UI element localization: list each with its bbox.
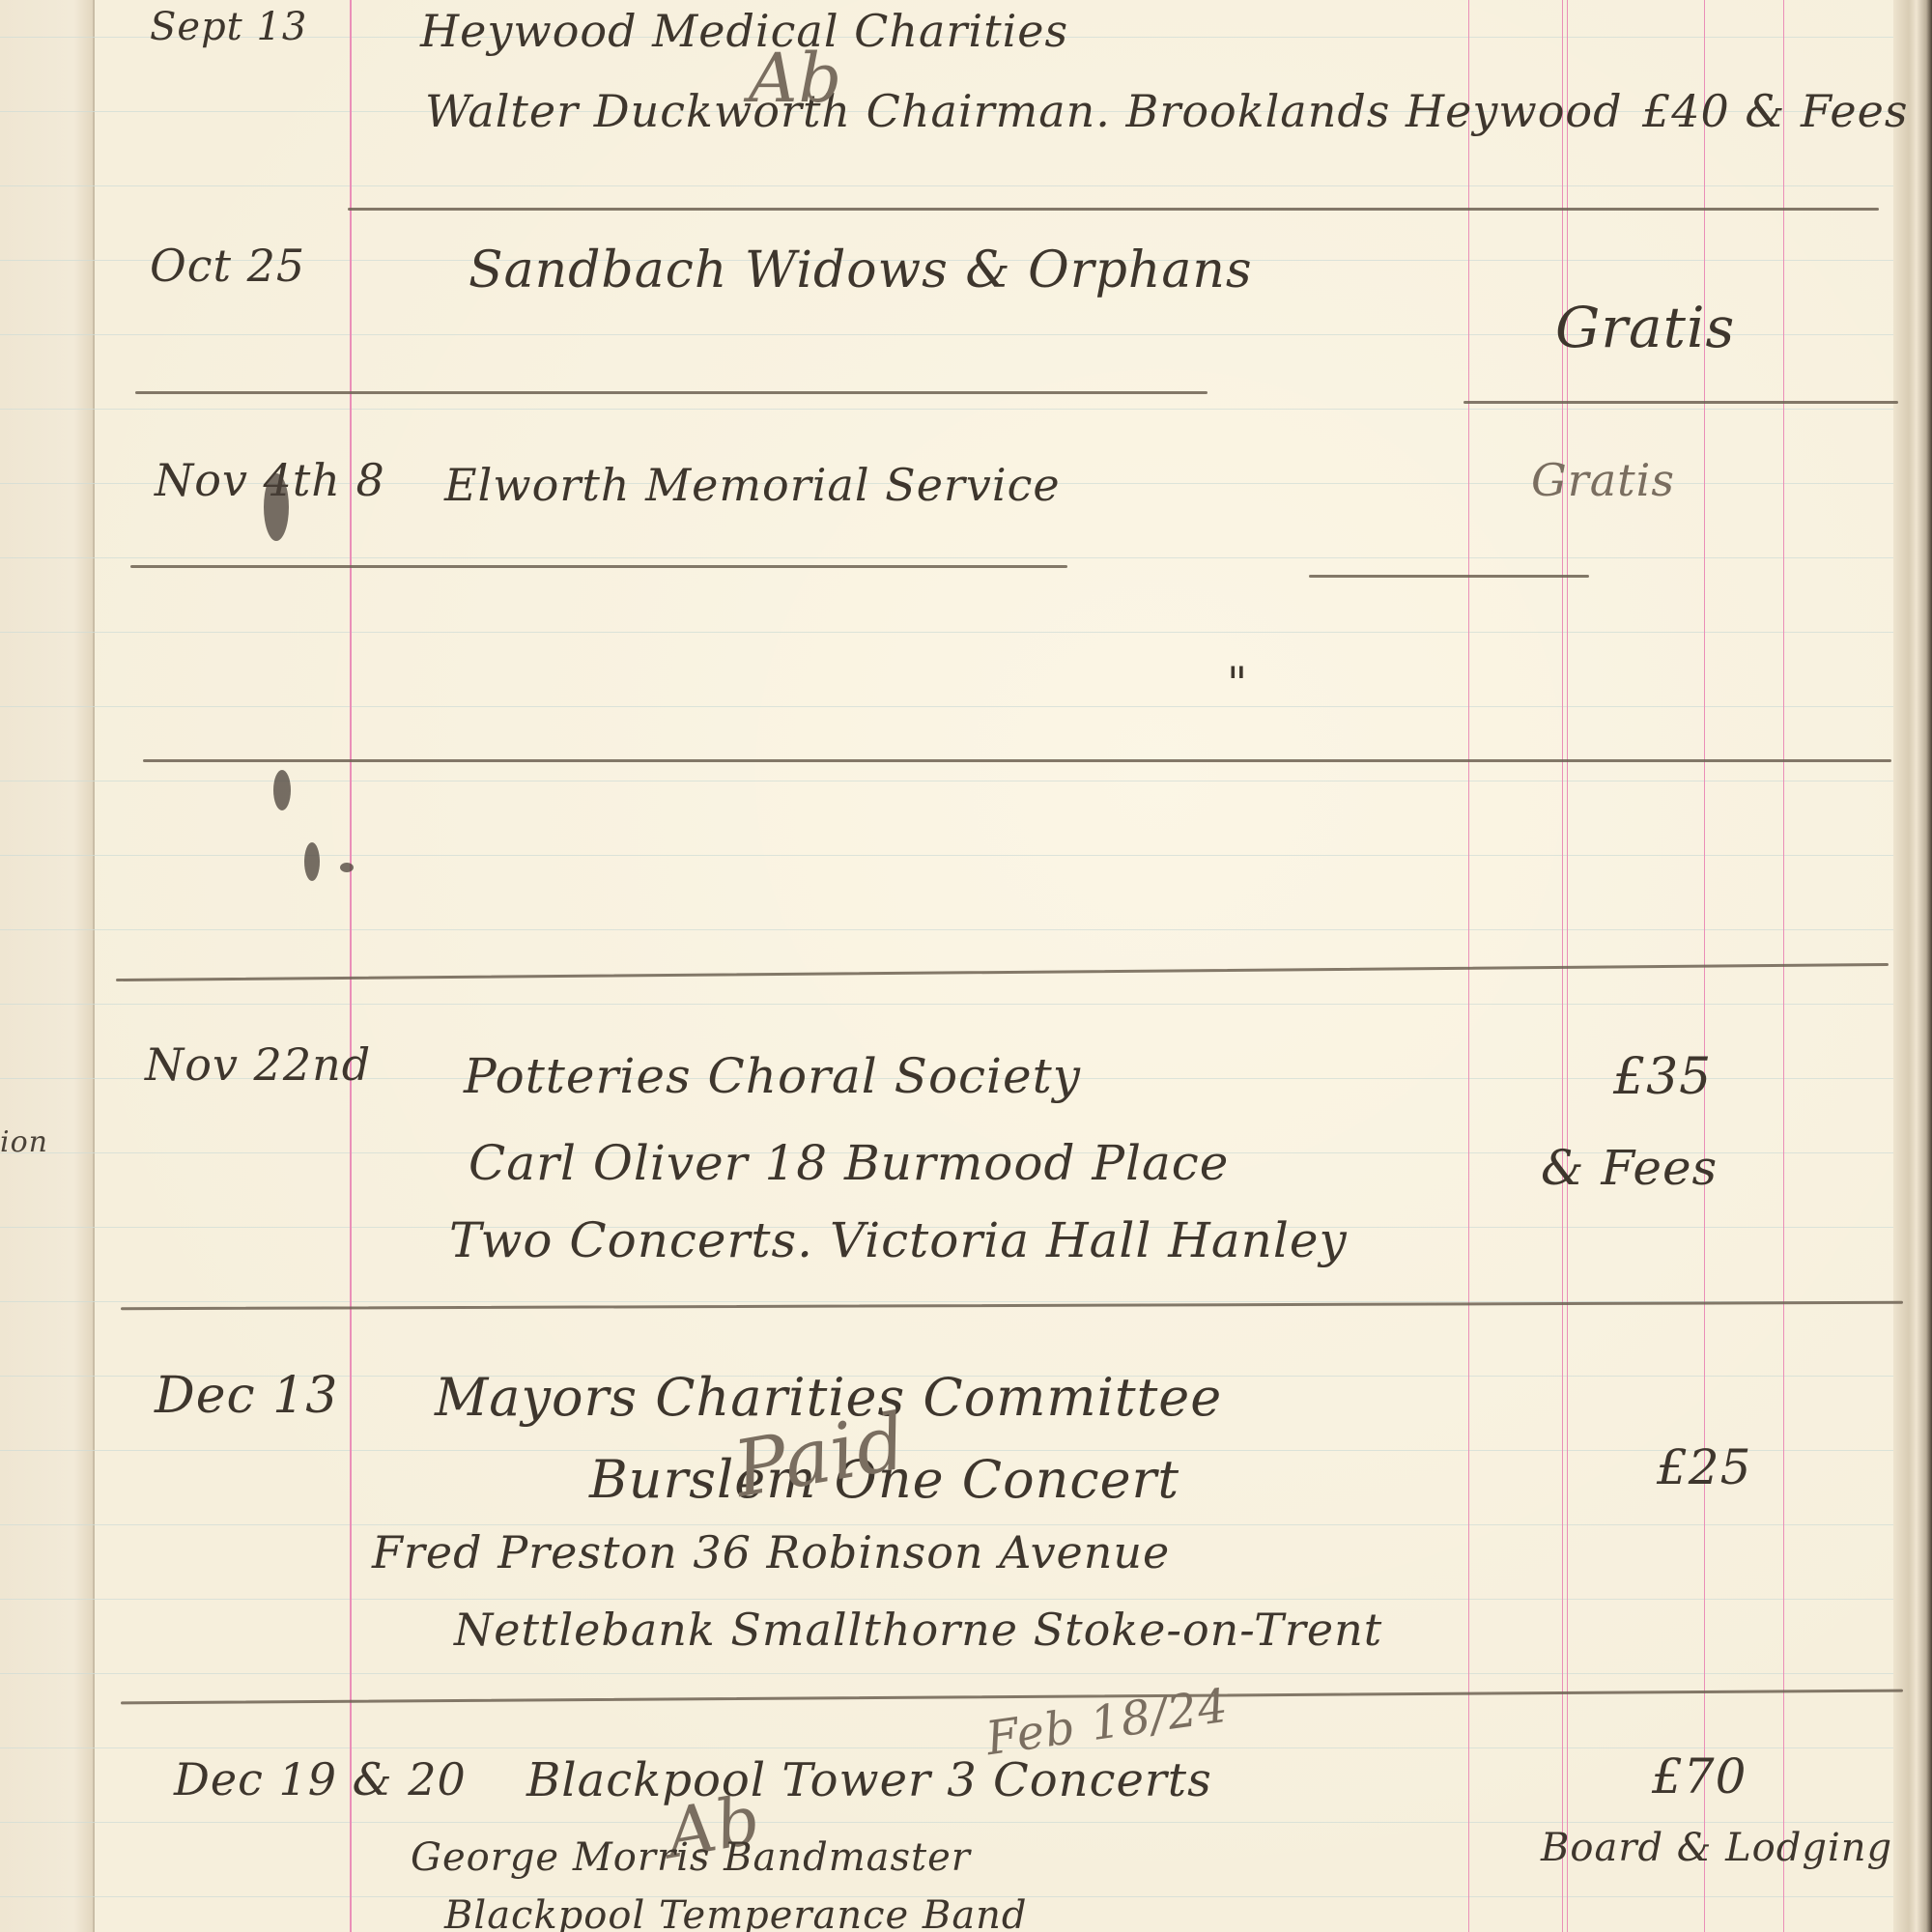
- entry-fee: £35: [1613, 1048, 1712, 1106]
- ledger-page: ion Sept 13 Heywood Medical Charities Wa…: [0, 0, 1932, 1932]
- entry-date: Dec 19 & 20: [174, 1753, 467, 1805]
- ruled-line: [0, 706, 1893, 707]
- entry-line: Elworth Memorial Service: [444, 459, 1061, 511]
- ink-blot: [273, 770, 291, 810]
- entry-line: Fred Preston 36 Robinson Avenue: [372, 1526, 1170, 1578]
- entry-divider: [1463, 401, 1898, 404]
- entry-date: Nov 22nd: [145, 1038, 371, 1091]
- date-column-rule: [350, 0, 352, 1932]
- entry-fee: £70: [1652, 1748, 1747, 1804]
- ruled-line: [0, 632, 1893, 633]
- entry-fee-note: & Fees: [1541, 1140, 1718, 1196]
- entry-date: Dec 13: [155, 1367, 338, 1425]
- entry-line: Blackpool Temperance Band: [444, 1893, 1028, 1932]
- ruled-line: [0, 185, 1893, 186]
- entry-date: Oct 25: [150, 240, 305, 292]
- ruled-line: [0, 1599, 1893, 1600]
- entry-divider: [130, 565, 1067, 568]
- entry-fee: £40 & Fees: [1642, 85, 1908, 137]
- entry-fee-note: Board & Lodging: [1541, 1826, 1892, 1870]
- entry-line: Sandbach Widows & Orphans: [469, 241, 1253, 299]
- entry-line: Walter Duckworth Chairman. Brooklands He…: [425, 85, 1623, 137]
- ink-blot: [264, 473, 289, 541]
- entry-fee: £25: [1657, 1439, 1751, 1495]
- ruled-line: [0, 929, 1893, 930]
- entry-line: Two Concerts. Victoria Hall Hanley: [449, 1212, 1348, 1268]
- ruled-line: [0, 409, 1893, 410]
- entry-divider: [135, 391, 1207, 394]
- entry-divider: [348, 208, 1879, 211]
- ruled-line: [0, 1673, 1893, 1674]
- entry-divider: [116, 963, 1889, 981]
- entry-fee: Gratis: [1531, 454, 1675, 506]
- ruled-line: [0, 1747, 1893, 1748]
- ink-blot: [340, 863, 354, 872]
- ink-blot: [304, 842, 320, 881]
- ruled-line: [0, 1524, 1893, 1525]
- previous-page-fragment: ion: [0, 1125, 48, 1159]
- entry-line: Heywood Medical Charities: [420, 5, 1068, 57]
- overwrite-mark: Ab: [749, 39, 842, 118]
- entry-line: Potteries Choral Society: [464, 1048, 1081, 1104]
- entry-date: Sept 13: [150, 5, 307, 49]
- entry-line: Nettlebank Smallthorne Stoke-on-Trent: [454, 1604, 1382, 1656]
- ruled-line: [0, 557, 1893, 558]
- ruled-line: [0, 1822, 1893, 1823]
- entry-divider: [1309, 575, 1589, 578]
- entry-line: George Morris Bandmaster: [411, 1835, 971, 1880]
- entry-divider: [143, 759, 1891, 762]
- entry-fee: Gratis: [1555, 295, 1735, 360]
- ruled-line: [0, 855, 1893, 856]
- ruled-line: [0, 1004, 1893, 1005]
- previous-page-edge: [0, 0, 95, 1932]
- ditto-mark: ": [1227, 657, 1248, 709]
- entry-line: Carl Oliver 18 Burmood Place: [469, 1135, 1229, 1191]
- entry-divider: [121, 1301, 1903, 1310]
- entry-line: Blackpool Tower 3 Concerts: [526, 1753, 1212, 1807]
- entry-divider: [121, 1690, 1903, 1705]
- book-spine-edge: [1893, 0, 1932, 1932]
